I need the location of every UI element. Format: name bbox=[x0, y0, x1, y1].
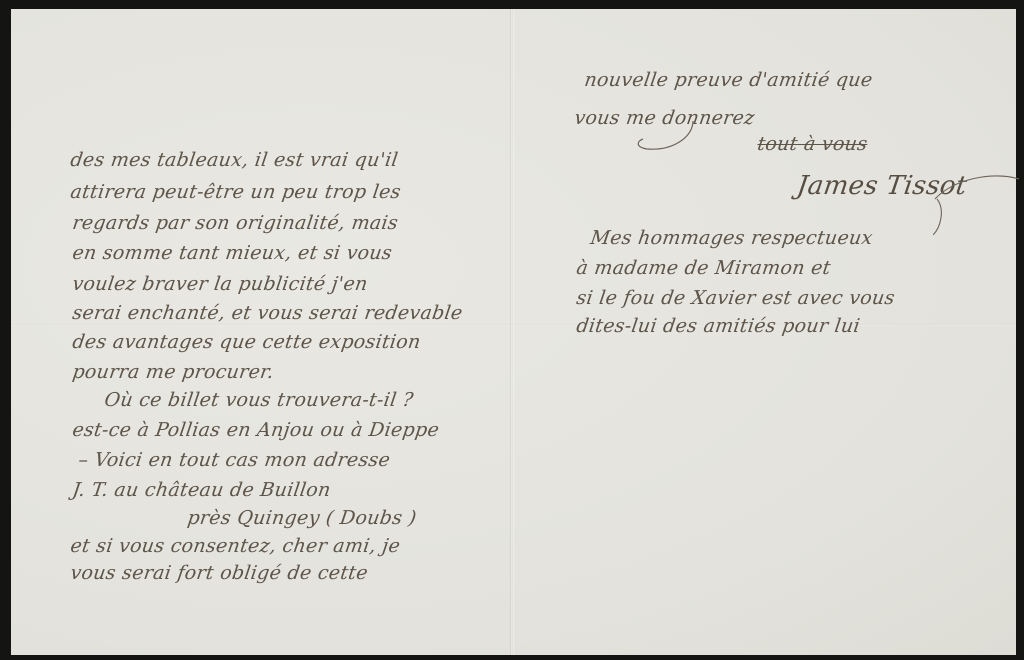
letter-line: est-ce à Pollias en Anjou ou à Dieppe bbox=[71, 419, 441, 441]
letter-line: regards par son originalité, mais bbox=[71, 212, 400, 234]
letter-line: des avantages que cette exposition bbox=[71, 331, 422, 353]
letter-line: vous me donnerez bbox=[573, 107, 756, 129]
letter-sheet: des mes tableaux, il est vrai qu'il atti… bbox=[11, 9, 1016, 655]
closing-line: tout à vous bbox=[756, 133, 869, 155]
postscript-line: à madame de Miramon et bbox=[575, 257, 832, 279]
letter-line: en somme tant mieux, et si vous bbox=[71, 242, 394, 264]
signature: James Tissot bbox=[795, 171, 969, 201]
letter-line: – Voici en tout cas mon adresse bbox=[77, 449, 392, 471]
letter-line: et si vous consentez, cher ami, je bbox=[69, 535, 402, 557]
letter-line: J. T. au château de Buillon bbox=[71, 479, 332, 501]
letter-line: pourra me procurer. bbox=[71, 361, 275, 383]
left-page: des mes tableaux, il est vrai qu'il atti… bbox=[11, 9, 511, 655]
postscript-line: si le fou de Xavier est avec vous bbox=[575, 287, 896, 309]
postscript-line: Mes hommages respectueux bbox=[589, 227, 874, 249]
letter-line: des mes tableaux, il est vrai qu'il bbox=[69, 149, 400, 171]
letter-line: attirera peut-être un peu trop les bbox=[69, 181, 402, 203]
right-page: nouvelle preuve d'amitié que vous me don… bbox=[513, 9, 1016, 655]
letter-line: Où ce billet vous trouvera-t-il ? bbox=[103, 389, 415, 411]
letter-line: voulez braver la publicité j'en bbox=[71, 273, 369, 295]
letter-line: près Quingey ( Doubs ) bbox=[186, 507, 418, 529]
letter-line: nouvelle preuve d'amitié que bbox=[583, 69, 874, 91]
postscript-line: dites-lui des amitiés pour lui bbox=[575, 315, 862, 337]
letter-line: serai enchanté, et vous serai redevable bbox=[71, 302, 464, 324]
letter-line: vous serai fort obligé de cette bbox=[69, 562, 369, 584]
